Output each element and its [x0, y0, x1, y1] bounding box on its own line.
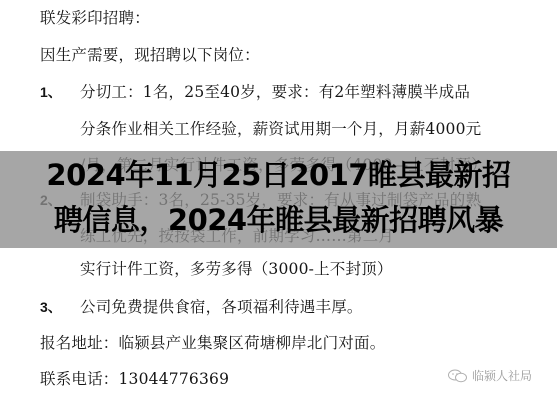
watermark-text: 临颍人社局 — [472, 367, 532, 384]
article-title-line-1: 2024年11月25日2017睢县最新招 — [0, 153, 557, 198]
item-1-line-1: 分切工：1名，25至40岁，要求：有2年塑料薄膜半成品 — [80, 82, 470, 102]
document-intro: 因生产需要，现招聘以下岗位： — [40, 45, 260, 65]
article-title: 2024年11月25日2017睢县最新招 聘信息，2024年睢县最新招聘风暴 — [0, 153, 557, 243]
item-number: 1、 — [40, 82, 62, 102]
item-1-line-2: 分条作业相关工作经验，薪资试用期一个月，月薪4000元 — [80, 119, 481, 139]
document-heading: 联发彩印招聘： — [40, 8, 150, 28]
article-title-line-2: 聘信息，2024年睢县最新招聘风暴 — [0, 198, 557, 243]
item-number: 3、 — [40, 297, 62, 317]
registration-address: 报名地址：临颍县产业集聚区荷塘柳岸北门对面。 — [40, 333, 385, 353]
item-2-line-3: 实行计件工资，多劳多得（3000-上不封顶） — [80, 259, 393, 279]
item-3-line-1: 公司免费提供食宿，各项福利待遇丰厚。 — [80, 297, 363, 317]
contact-phone: 联系电话：13044776369 — [40, 369, 229, 389]
wechat-icon — [447, 369, 469, 383]
source-watermark: 临颍人社局 — [447, 367, 532, 384]
